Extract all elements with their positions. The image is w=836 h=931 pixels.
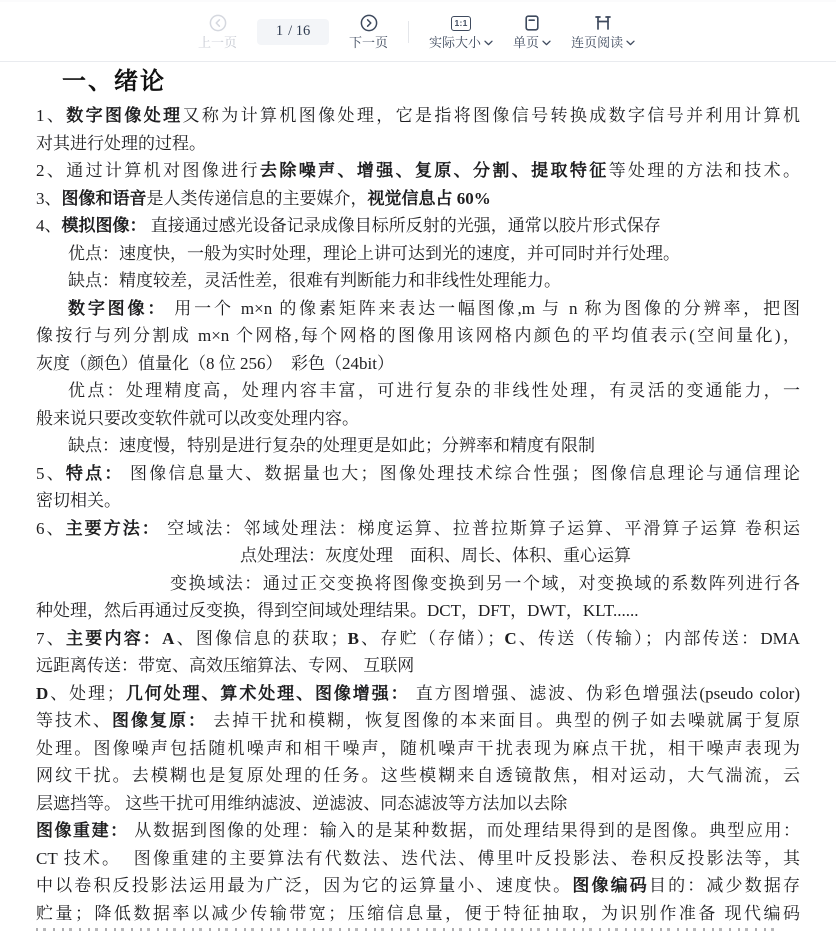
text-segment: 般来说只要改变软件就可以改变处理内容。 — [36, 409, 359, 428]
text-segment: 直接通过感光设备记录成像目标所反射的光强，通常以胶片形式保存 — [147, 216, 661, 235]
document-line: 网纹干扰。去模糊也是复原处理的任务。这些模糊来自透镜散焦，相对运动，大气湍流，云 — [36, 762, 800, 790]
document-line: 优点：速度快，一般为实时处理，理论上讲可达到光的速度，并可同时并行处理。 — [36, 240, 800, 268]
text-segment: 中以卷积反投影法运用最为广泛，因为它的运算量小、速度快。 — [36, 876, 572, 895]
chevron-down-icon — [626, 40, 635, 46]
bold-text-segment: A — [162, 629, 174, 648]
single-page-mode-button[interactable]: 单页 — [513, 13, 551, 50]
bold-text-segment: 主要方法： — [66, 519, 161, 538]
text-segment: 远距离传送：带宽、高效压缩算法、专网、 互联网 — [36, 656, 414, 675]
text-segment: 、传送（传输）；内部传送：DMA — [517, 629, 800, 648]
one-to-one-icon: 1:1 — [451, 13, 471, 33]
chevron-down-icon — [484, 40, 493, 46]
page-current[interactable]: 1 — [276, 23, 283, 40]
bold-text-segment: 数字图像处理 — [66, 106, 182, 125]
text-segment: 对其进行处理的过程。 — [36, 134, 206, 153]
document-line: 4、模拟图像： 直接通过感光设备记录成像目标所反射的光强，通常以胶片形式保存 — [36, 212, 800, 240]
document-line: 种处理，然后再通过反变换，得到空间域处理结果。DCT，DFT，DWT，KLT..… — [36, 597, 800, 625]
next-page-button[interactable]: 下一页 — [349, 13, 388, 50]
document-line: 缺点：速度慢，特别是进行复杂的处理更是如此；分辨率和精度有限制 — [36, 432, 800, 460]
bold-text-segment: 图像和语音 — [62, 189, 147, 208]
document-line: 3、图像和语音是人类传递信息的主要媒介，视觉信息占 60% — [36, 185, 800, 213]
text-segment: 像按行与列分割成 m×n 个网格,每个网格的图像用该网格内颜色的平均值表示(空间… — [36, 326, 800, 345]
text-segment: 7、 — [36, 629, 66, 648]
document-line: 1、数字图像处理又称为计算机图像处理，它是指将图像信号转换成数字信号并利用计算机 — [36, 102, 800, 130]
circle-chevron-right-icon — [359, 13, 379, 33]
text-segment: 、存贮（存储）； — [359, 629, 504, 648]
document-title: 一、绪论 — [36, 66, 800, 98]
document-line: 远距离传送：带宽、高效压缩算法、专网、 互联网 — [36, 652, 800, 680]
document-line: D、处理；几何处理、算术处理、图像增强： 直方图增强、滤波、伪彩色增强法(pse… — [36, 680, 800, 708]
continuous-pages-icon — [593, 13, 613, 33]
chevron-down-icon — [542, 40, 551, 46]
single-page-label: 单页 — [513, 35, 539, 50]
text-segment: 2、通过计算机对图像进行 — [36, 161, 260, 180]
continuous-read-button[interactable]: 连页阅读 — [571, 13, 635, 50]
bold-text-segment: B — [348, 629, 359, 648]
document-line: 密切相关。 — [36, 487, 800, 515]
bold-text-segment: 模拟图像： — [62, 216, 147, 235]
text-segment: 4、 — [36, 216, 62, 235]
text-segment: 网纹干扰。去模糊也是复原处理的任务。这些模糊来自透镜散焦，相对运动，大气湍流，云 — [36, 766, 800, 785]
document-line: 5、特点： 图像信息量大、数据量也大；图像处理技术综合性强；图像信息理论与通信理… — [36, 460, 800, 488]
document-line: 优点：处理精度高，处理内容丰富，可进行复杂的非线性处理，有灵活的变通能力，一 — [36, 377, 800, 405]
document-line: 2、通过计算机对图像进行去除噪声、增强、复原、分割、提取特征等处理的方法和技术。 — [36, 157, 800, 185]
document-line: 般来说只要改变软件就可以改变处理内容。 — [36, 405, 800, 433]
text-segment: 等处理的方法和技术。 — [609, 161, 800, 180]
document-line: 处理。图像噪声包括随机噪声和相干噪声，随机噪声干扰表现为麻点干扰，相干噪声表现为 — [36, 735, 800, 763]
document-line: CT 技术。 图像重建的主要算法有代数法、迭代法、傅里叶反投影法、卷积反投影法等… — [36, 845, 800, 873]
document-line: 贮量；降低数据率以减少传输带宽；压缩信息量，便于特征抽取，为识别作准备 现代编码 — [36, 900, 800, 928]
bold-text-segment: C — [504, 629, 516, 648]
bold-text-segment: D — [36, 684, 48, 703]
document-line: 7、主要内容：A、图像信息的获取；B、存贮（存储）；C、传送（传输）；内部传送：… — [36, 625, 800, 653]
page-number-input[interactable]: 1 / 16 — [257, 19, 329, 45]
document-line: 图像重建： 从数据到图像的处理：输入的是某种数据，而处理结果得到的是图像。典型应… — [36, 817, 800, 845]
text-segment: 密切相关。 — [36, 491, 121, 510]
bold-text-segment: 特点： — [66, 464, 124, 483]
text-segment: CT 技术。 图像重建的主要算法有代数法、迭代法、傅里叶反投影法、卷积反投影法等… — [36, 849, 800, 868]
document-line: 缺点：精度较差，灵活性差，很难有判断能力和非线性处理能力。 — [36, 267, 800, 295]
text-segment: 目的：减少数据存 — [649, 876, 800, 895]
text-segment: 3、 — [36, 189, 62, 208]
prev-page-label: 上一页 — [198, 35, 237, 50]
text-segment: 点处理法：灰度处理 面积、周长、体积、重心运算 — [240, 546, 631, 565]
text-segment: 从数据到图像的处理：输入的是某种数据，而处理结果得到的是图像。典型应用： — [129, 821, 800, 840]
continuous-read-label: 连页阅读 — [571, 35, 623, 50]
document-lines: 1、数字图像处理又称为计算机图像处理，它是指将图像信号转换成数字信号并利用计算机… — [36, 102, 800, 927]
actual-size-label: 实际大小 — [429, 35, 481, 50]
document-line: 点处理法：灰度处理 面积、周长、体积、重心运算 — [36, 542, 800, 570]
toolbar: 上一页 1 / 16 下一页 1:1 实际大小 — [0, 0, 836, 62]
document-line: 数字图像： 用一个 m×n 的像素矩阵来表达一幅图像,m 与 n 称为图像的分辨… — [36, 295, 800, 323]
text-segment: 处理。图像噪声包括随机噪声和相干噪声，随机噪声干扰表现为麻点干扰，相干噪声表现为 — [36, 739, 800, 758]
actual-size-button[interactable]: 1:1 实际大小 — [429, 13, 493, 50]
bold-text-segment: 主要内容： — [66, 629, 162, 648]
document-line: 6、主要方法： 空域法：邻域处理法：梯度运算、拉普拉斯算子运算、平滑算子运算 卷… — [36, 515, 800, 543]
text-segment: 图像信息量大、数据量也大；图像处理技术综合性强；图像信息理论与通信理论 — [124, 464, 800, 483]
text-segment: 贮量；降低数据率以减少传输带宽；压缩信息量，便于特征抽取，为识别作准备 现代编码 — [36, 904, 800, 923]
text-segment: 灰度（颜色）值量化（8 位 256） 彩色（24bit） — [36, 354, 394, 373]
bold-text-segment: 视觉信息占 60% — [368, 189, 491, 208]
prev-page-button[interactable]: 上一页 — [198, 13, 237, 50]
text-segment: 又称为计算机图像处理，它是指将图像信号转换成数字信号并利用计算机 — [182, 106, 800, 125]
document-line: 灰度（颜色）值量化（8 位 256） 彩色（24bit） — [36, 350, 800, 378]
document-line: 等技术、图像复原： 去掉干扰和模糊，恢复图像的本来面目。典型的例子如去噪就属于复… — [36, 707, 800, 735]
page-total: / 16 — [288, 23, 310, 40]
text-segment: 直方图增强、滤波、伪彩色增强法(pseudo color) — [410, 684, 800, 703]
document-line: 像按行与列分割成 m×n 个网格,每个网格的图像用该网格内颜色的平均值表示(空间… — [36, 322, 800, 350]
text-segment: 缺点：精度较差，灵活性差，很难有判断能力和非线性处理能力。 — [68, 271, 561, 290]
text-segment: 、处理； — [48, 684, 124, 703]
bold-text-segment: 图像编码 — [572, 876, 649, 895]
document-page: 一、绪论 1、数字图像处理又称为计算机图像处理，它是指将图像信号转换成数字信号并… — [0, 62, 836, 931]
toolbar-separator — [408, 21, 409, 43]
text-segment: 、图像信息的获取； — [174, 629, 347, 648]
text-segment: 6、 — [36, 519, 66, 538]
text-segment: 变换域法：通过正交变换将图像变换到另一个域，对变换域的系数阵列进行各 — [170, 574, 800, 593]
bold-text-segment: 图像重建： — [36, 821, 129, 840]
circle-chevron-left-icon — [208, 13, 228, 33]
bold-text-segment: 数字图像： — [68, 299, 167, 318]
document-line: 层遮挡等。 这些干扰可用维纳滤波、逆滤波、同态滤波等方法加以去除 — [36, 790, 800, 818]
text-segment: 用一个 m×n 的像素矩阵来表达一幅图像,m 与 n 称为图像的分辨率，把图 — [167, 299, 800, 318]
text-segment: 缺点：速度慢，特别是进行复杂的处理更是如此；分辨率和精度有限制 — [68, 436, 595, 455]
document-line: 对其进行处理的过程。 — [36, 130, 800, 158]
text-segment: 优点：处理精度高，处理内容丰富，可进行复杂的非线性处理，有灵活的变通能力，一 — [68, 381, 800, 400]
single-page-icon — [523, 13, 541, 33]
text-segment: 层遮挡等。 这些干扰可用维纳滤波、逆滤波、同态滤波等方法加以去除 — [36, 794, 567, 813]
text-segment: 等技术、 — [36, 711, 112, 730]
text-segment: 去掉干扰和模糊，恢复图像的本来面目。典型的例子如去噪就属于复原 — [207, 711, 800, 730]
next-page-label: 下一页 — [349, 35, 388, 50]
text-segment: 是人类传递信息的主要媒介， — [147, 189, 368, 208]
bold-text-segment: 图像复原： — [112, 711, 207, 730]
document-line: 中以卷积反投影法运用最为广泛，因为它的运算量小、速度快。图像编码目的：减少数据存 — [36, 872, 800, 900]
text-segment: 种处理，然后再通过反变换，得到空间域处理结果。DCT，DFT，DWT，KLT..… — [36, 601, 639, 620]
text-segment: 5、 — [36, 464, 66, 483]
bold-text-segment: 去除噪声、增强、复原、分割、提取特征 — [260, 161, 609, 180]
text-segment: 1、 — [36, 106, 66, 125]
bold-text-segment: 几何处理、算术处理、图像增强： — [124, 684, 410, 703]
document-line: 变换域法：通过正交变换将图像变换到另一个域，对变换域的系数阵列进行各 — [36, 570, 800, 598]
text-segment: 优点：速度快，一般为实时处理，理论上讲可达到光的速度，并可同时并行处理。 — [68, 244, 680, 263]
text-segment: 空域法：邻域处理法：梯度运算、拉普拉斯算子运算、平滑算子运算 卷积运 — [161, 519, 800, 538]
